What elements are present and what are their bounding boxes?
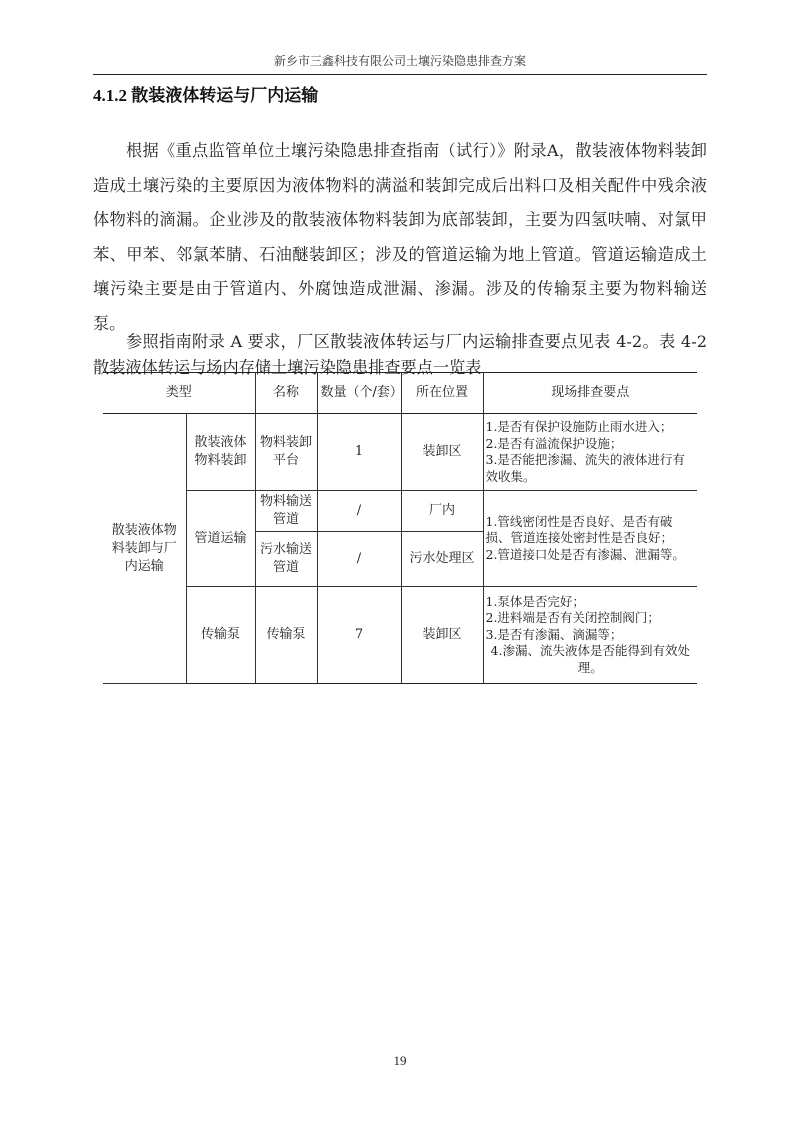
name-cell: 物料装卸平台: [255, 414, 317, 491]
location-cell: 装卸区: [401, 414, 483, 491]
subtype-cell: 传输泵: [186, 587, 255, 684]
running-header: 新乡市三鑫科技有限公司土壤污染隐患排查方案: [0, 52, 800, 69]
section-heading: 4.1.2 散装液体转运与厂内运输: [93, 81, 318, 106]
point-item: 1.是否有保护设施防止雨水进入；: [486, 419, 696, 436]
point-item: 3.是否有渗漏、滴漏等；: [486, 627, 696, 644]
category-cell: 散装液体物料装卸与厂内运输: [103, 414, 186, 684]
subtype-cell: 散装液体物料装卸: [186, 414, 255, 491]
point-item: 4.渗漏、流失液体是否能得到有效处理。: [486, 643, 696, 676]
name-cell: 污水输送管道: [255, 532, 317, 587]
table-row: 散装液体物料装卸与厂内运输 散装液体物料装卸 物料装卸平台 1 装卸区 1.是否…: [103, 414, 697, 491]
table-row: 传输泵 传输泵 7 装卸区 1.泵体是否完好； 2.进料端是否有关闭控制阀门； …: [103, 587, 697, 684]
points-cell: 1.泵体是否完好； 2.进料端是否有关闭控制阀门； 3.是否有渗漏、滴漏等； 4…: [483, 587, 697, 684]
table-header-row: 类型 名称 数量（个/套） 所在位置 现场排查要点: [103, 373, 697, 414]
header-type: 类型: [103, 373, 255, 414]
page-number: 19: [0, 1053, 800, 1069]
points-cell: 1.是否有保护设施防止雨水进入； 2.是否有溢流保护设施； 3.是否能把渗漏、流…: [483, 414, 697, 491]
inspection-points-table: 类型 名称 数量（个/套） 所在位置 现场排查要点 散装液体物料装卸与厂内运输 …: [103, 372, 697, 684]
point-item: 3.是否能把渗漏、流失的液体进行有效收集。: [486, 452, 696, 485]
point-item: 1.管线密闭性是否良好、是否有破损、管道连接处密封性是否良好；: [486, 514, 696, 547]
point-item: 2.管道接口处是否有渗漏、泄漏等。: [486, 547, 696, 564]
location-cell: 装卸区: [401, 587, 483, 684]
name-cell: 物料输送管道: [255, 491, 317, 532]
points-cell: 1.管线密闭性是否良好、是否有破损、管道连接处密封性是否良好； 2.管道接口处是…: [483, 491, 697, 587]
header-name: 名称: [255, 373, 317, 414]
header-rule: [93, 74, 707, 75]
point-item: 1.泵体是否完好；: [486, 594, 696, 611]
location-cell: 污水处理区: [401, 532, 483, 587]
header-location: 所在位置: [401, 373, 483, 414]
name-cell: 传输泵: [255, 587, 317, 684]
quantity-cell: 7: [317, 587, 401, 684]
quantity-cell: 1: [317, 414, 401, 491]
point-item: 2.进料端是否有关闭控制阀门；: [486, 610, 696, 627]
header-quantity: 数量（个/套）: [317, 373, 401, 414]
location-cell: 厂内: [401, 491, 483, 532]
table-row: 管道运输 物料输送管道 / 厂内 1.管线密闭性是否良好、是否有破损、管道连接处…: [103, 491, 697, 532]
quantity-cell: /: [317, 532, 401, 587]
subtype-cell: 管道运输: [186, 491, 255, 587]
header-points: 现场排查要点: [483, 373, 697, 414]
body-paragraph: 根据《重点监管单位土壤污染隐患排查指南（试行）》附录A，散装液体物料装卸造成土壤…: [93, 134, 707, 341]
point-item: 2.是否有溢流保护设施；: [486, 436, 696, 453]
quantity-cell: /: [317, 491, 401, 532]
